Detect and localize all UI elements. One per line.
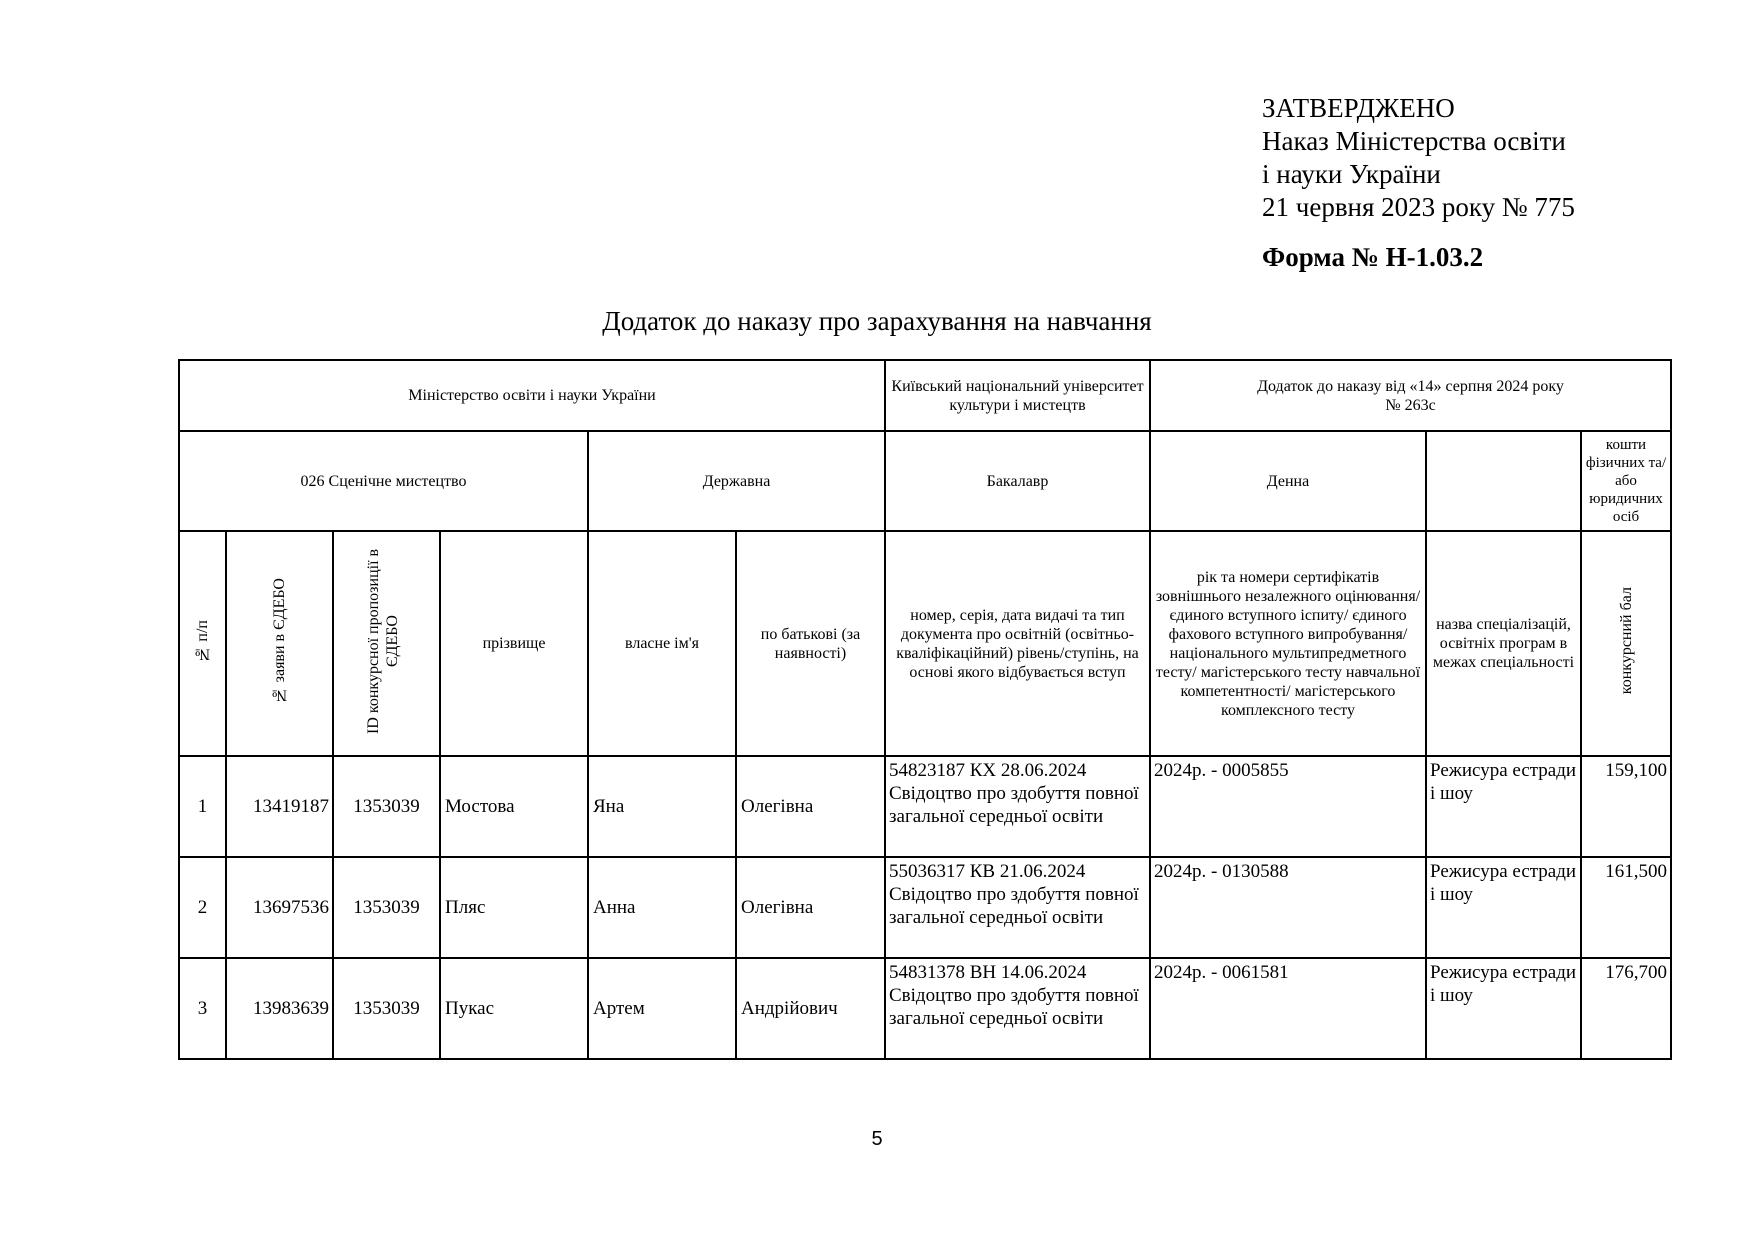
- specialization-blank-cell: [1426, 431, 1581, 531]
- cell-application-id: 13419187: [226, 756, 333, 857]
- study-form-cell: Денна: [1150, 431, 1426, 531]
- specialty-cell: 026 Сценічне мистецтво: [179, 431, 588, 531]
- cell-number: 3: [179, 958, 226, 1059]
- document-title: Додаток до наказу про зарахування на нав…: [0, 306, 1754, 337]
- approval-stamp: ЗАТВЕРДЖЕНО Наказ Міністерства освіти і …: [1262, 92, 1575, 224]
- col-header-application-id: № заяви в ЄДЕБО: [226, 531, 333, 756]
- cell-surname: Пляс: [440, 857, 588, 958]
- cell-document: 54831378 ВН 14.06.2024 Свідоцтво про здо…: [885, 958, 1150, 1059]
- approval-line: ЗАТВЕРДЖЕНО: [1262, 92, 1575, 125]
- cell-number: 2: [179, 857, 226, 958]
- table-row: 1 13419187 1353039 Мостова Яна Олегівна …: [179, 756, 1671, 857]
- order-cell: Додаток до наказу від «14» серпня 2024 р…: [1150, 360, 1671, 431]
- cell-patronymic: Олегівна: [736, 756, 885, 857]
- col-header-number-label: № п/п: [193, 620, 212, 663]
- cell-score: 161,500: [1581, 857, 1671, 958]
- approval-line: і науки України: [1262, 158, 1575, 191]
- cell-offer-id: 1353039: [333, 857, 440, 958]
- col-header-score-label: конкурсний бал: [1617, 587, 1636, 694]
- col-header-certificates: рік та номери сертифікатів зовнішнього н…: [1150, 531, 1426, 756]
- funding-cell: Державна: [588, 431, 885, 531]
- degree-cell: Бакалавр: [885, 431, 1150, 531]
- cell-surname: Мостова: [440, 756, 588, 857]
- cell-patronymic: Олегівна: [736, 857, 885, 958]
- approval-line: 21 червня 2023 року № 775: [1262, 191, 1575, 224]
- cell-number: 1: [179, 756, 226, 857]
- cell-name: Артем: [588, 958, 736, 1059]
- order-date: Додаток до наказу від «14» серпня 2024 р…: [1257, 378, 1564, 395]
- col-header-patronymic: по батькові (за наявності): [736, 531, 885, 756]
- table-row: 2 13697536 1353039 Пляс Анна Олегівна 55…: [179, 857, 1671, 958]
- col-header-offer-id-label: ID конкурсної пропозиції в ЄДЕБО: [364, 536, 410, 746]
- enrollment-table: Міністерство освіти і науки України Київ…: [178, 359, 1672, 1060]
- page-number: 5: [0, 1128, 1754, 1151]
- cell-document: 55036317 КВ 21.06.2024 Свідоцтво про здо…: [885, 857, 1150, 958]
- order-number: № 263с: [1385, 397, 1435, 414]
- ministry-cell: Міністерство освіти і науки України: [179, 360, 885, 431]
- header-row-organization: Міністерство освіти і науки України Київ…: [179, 360, 1671, 431]
- approval-line: Наказ Міністерства освіти: [1262, 125, 1575, 158]
- cell-offer-id: 1353039: [333, 958, 440, 1059]
- cell-score: 176,700: [1581, 958, 1671, 1059]
- col-header-offer-id: ID конкурсної пропозиції в ЄДЕБО: [333, 531, 440, 756]
- cell-specialization: Режисура естради і шоу: [1426, 756, 1581, 857]
- header-row-program: 026 Сценічне мистецтво Державна Бакалавр…: [179, 431, 1671, 531]
- cell-application-id: 13697536: [226, 857, 333, 958]
- col-header-number: № п/п: [179, 531, 226, 756]
- institution-cell: Київський національний університет культ…: [885, 360, 1150, 431]
- column-header-row: № п/п № заяви в ЄДЕБО ID конкурсної проп…: [179, 531, 1671, 756]
- cell-score: 159,100: [1581, 756, 1671, 857]
- cell-document: 54823187 КХ 28.06.2024 Свідоцтво про здо…: [885, 756, 1150, 857]
- cell-certificates: 2024р. - 0130588: [1150, 857, 1426, 958]
- col-header-document: номер, серія, дата видачі та тип докумен…: [885, 531, 1150, 756]
- funding-source-cell: кошти фізичних та/або юридичних осіб: [1581, 431, 1671, 531]
- cell-certificates: 2024р. - 0061581: [1150, 958, 1426, 1059]
- cell-surname: Пукас: [440, 958, 588, 1059]
- col-header-specialization: назва спеціалізацій, освітніх програм в …: [1426, 531, 1581, 756]
- col-header-application-id-label: № заяви в ЄДЕБО: [270, 578, 289, 703]
- form-number: Форма № Н-1.03.2: [1262, 242, 1483, 273]
- table-row: 3 13983639 1353039 Пукас Артем Андрійови…: [179, 958, 1671, 1059]
- col-header-score: конкурсний бал: [1581, 531, 1671, 756]
- cell-name: Анна: [588, 857, 736, 958]
- col-header-name: власне ім'я: [588, 531, 736, 756]
- col-header-surname: прізвище: [440, 531, 588, 756]
- cell-specialization: Режисура естради і шоу: [1426, 857, 1581, 958]
- cell-certificates: 2024р. - 0005855: [1150, 756, 1426, 857]
- cell-patronymic: Андрійович: [736, 958, 885, 1059]
- cell-name: Яна: [588, 756, 736, 857]
- cell-application-id: 13983639: [226, 958, 333, 1059]
- cell-specialization: Режисура естради і шоу: [1426, 958, 1581, 1059]
- cell-offer-id: 1353039: [333, 756, 440, 857]
